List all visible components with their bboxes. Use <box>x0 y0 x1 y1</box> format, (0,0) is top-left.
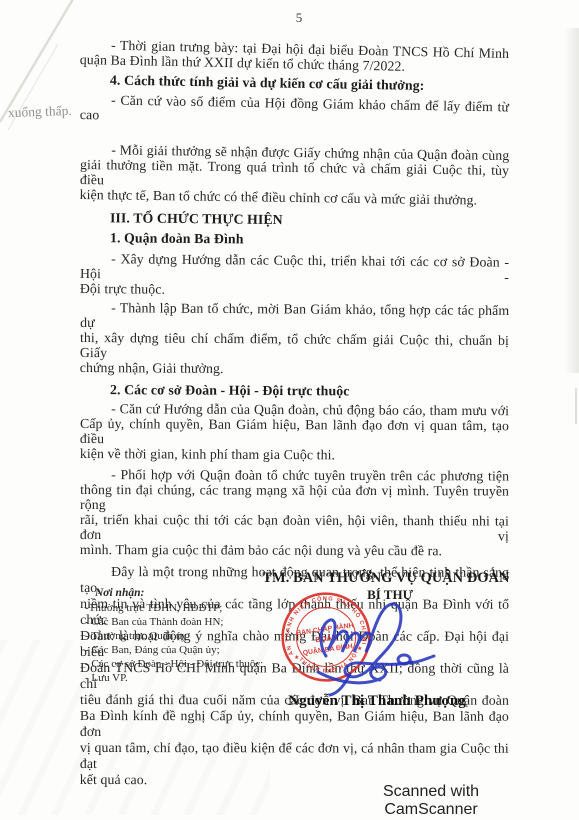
body-line: Ba Đình kính đề nghị Cấp ủy, chính quyền… <box>80 708 509 741</box>
body-line: kiện về thời gian, kinh phí tham gia Cuộ… <box>80 446 509 463</box>
recipient-item: - Lưu VP. <box>85 671 295 685</box>
recipient-item: - Thường trực Quận ủy <box>85 629 295 643</box>
star-icon: ★ <box>293 655 300 662</box>
section-heading: III. TỔ CHỨC THỰC HIỆN <box>80 210 509 229</box>
body-line: thông tin đại chúng, các trang mạng xã h… <box>80 482 509 513</box>
body-line: vị quan tâm, chỉ đạo, tạo điều kiện để c… <box>80 740 509 773</box>
paragraph: - Thời gian trưng bày: tại Đại hội đại b… <box>80 37 510 76</box>
paragraph: - Xây dựng Hướng dẫn các Cuộc thi, triển… <box>80 251 509 300</box>
paragraph: - Căn cứ Hướng dẫn của Quận đoàn, chủ độ… <box>80 401 509 463</box>
scan-edge-shadow <box>564 28 579 373</box>
body-line: - Xây dựng Hướng dẫn các Cuộc thi, triển… <box>80 251 509 285</box>
camscanner-watermark: Scanned with CamScanner <box>341 783 521 819</box>
scanned-document-page: 5 xuống thấp. - Thời gian trưng bày: tại… <box>0 0 579 820</box>
signature-ink <box>300 594 440 699</box>
body-line: Cấp ủy, chính quyền, Ban Giám hiệu, Ban … <box>80 416 509 448</box>
body-line: - Căn cứ vào số điểm của Hội đồng Giám k… <box>80 92 509 129</box>
body-line: chứng nhận, Giải thưởng. <box>80 360 509 378</box>
body-line: thi, xây dựng tiêu chí chấm điểm, tổ chứ… <box>80 330 509 363</box>
section-heading: 2. Các cơ sở Đoàn - Hội - Đội trực thuộc <box>80 382 509 399</box>
recipient-item: - Các cơ sở Đoàn - Hội - Đội trực thuộc; <box>85 657 295 671</box>
page-number: 5 <box>284 10 314 26</box>
body-line-warped: xuống thấp. <box>8 103 72 121</box>
body-line: - Thành lập Ban tổ chức, mời Ban Giám kh… <box>80 300 509 333</box>
paragraph: - Căn cứ vào số điểm của Hội đồng Giám k… <box>80 92 509 129</box>
scan-edge-mark <box>575 388 577 424</box>
body-line: mình. Tham gia cuộc thi đảm bảo các nội … <box>80 542 509 558</box>
paragraph: - Phối hợp với Quận đoàn tổ chức tuyên t… <box>80 467 509 558</box>
section-heading: 4. Cách thức tính giải và dự kiến cơ cấu… <box>80 72 509 94</box>
recipient-item: - Các Ban, Đảng của Quận ủy; <box>85 643 295 657</box>
recipient-item: - Các Ban của Thành đoàn HN; <box>85 615 295 629</box>
paragraph: - Thành lập Ban tổ chức, mời Ban Giám kh… <box>80 300 510 378</box>
section-heading: 1. Quận đoàn Ba Đình <box>80 230 509 249</box>
paragraph: - Mỗi giải thưởng sẽ nhận được Giấy chứn… <box>80 142 510 208</box>
body-line: rãi, triển khai cuộc thi tới các bạn đoà… <box>80 512 509 543</box>
recipient-item: -Thường trực TĐHN, HĐĐTP; <box>85 601 295 615</box>
signing-authority: TM. BAN THƯỜNG VỤ QUẬN ĐOÀN <box>256 570 516 587</box>
body-line: - Phối hợp với Quận đoàn tổ chức tuyên t… <box>80 467 509 483</box>
signer-name: Nguyễn Thị Thanh Phượng <box>247 692 507 710</box>
